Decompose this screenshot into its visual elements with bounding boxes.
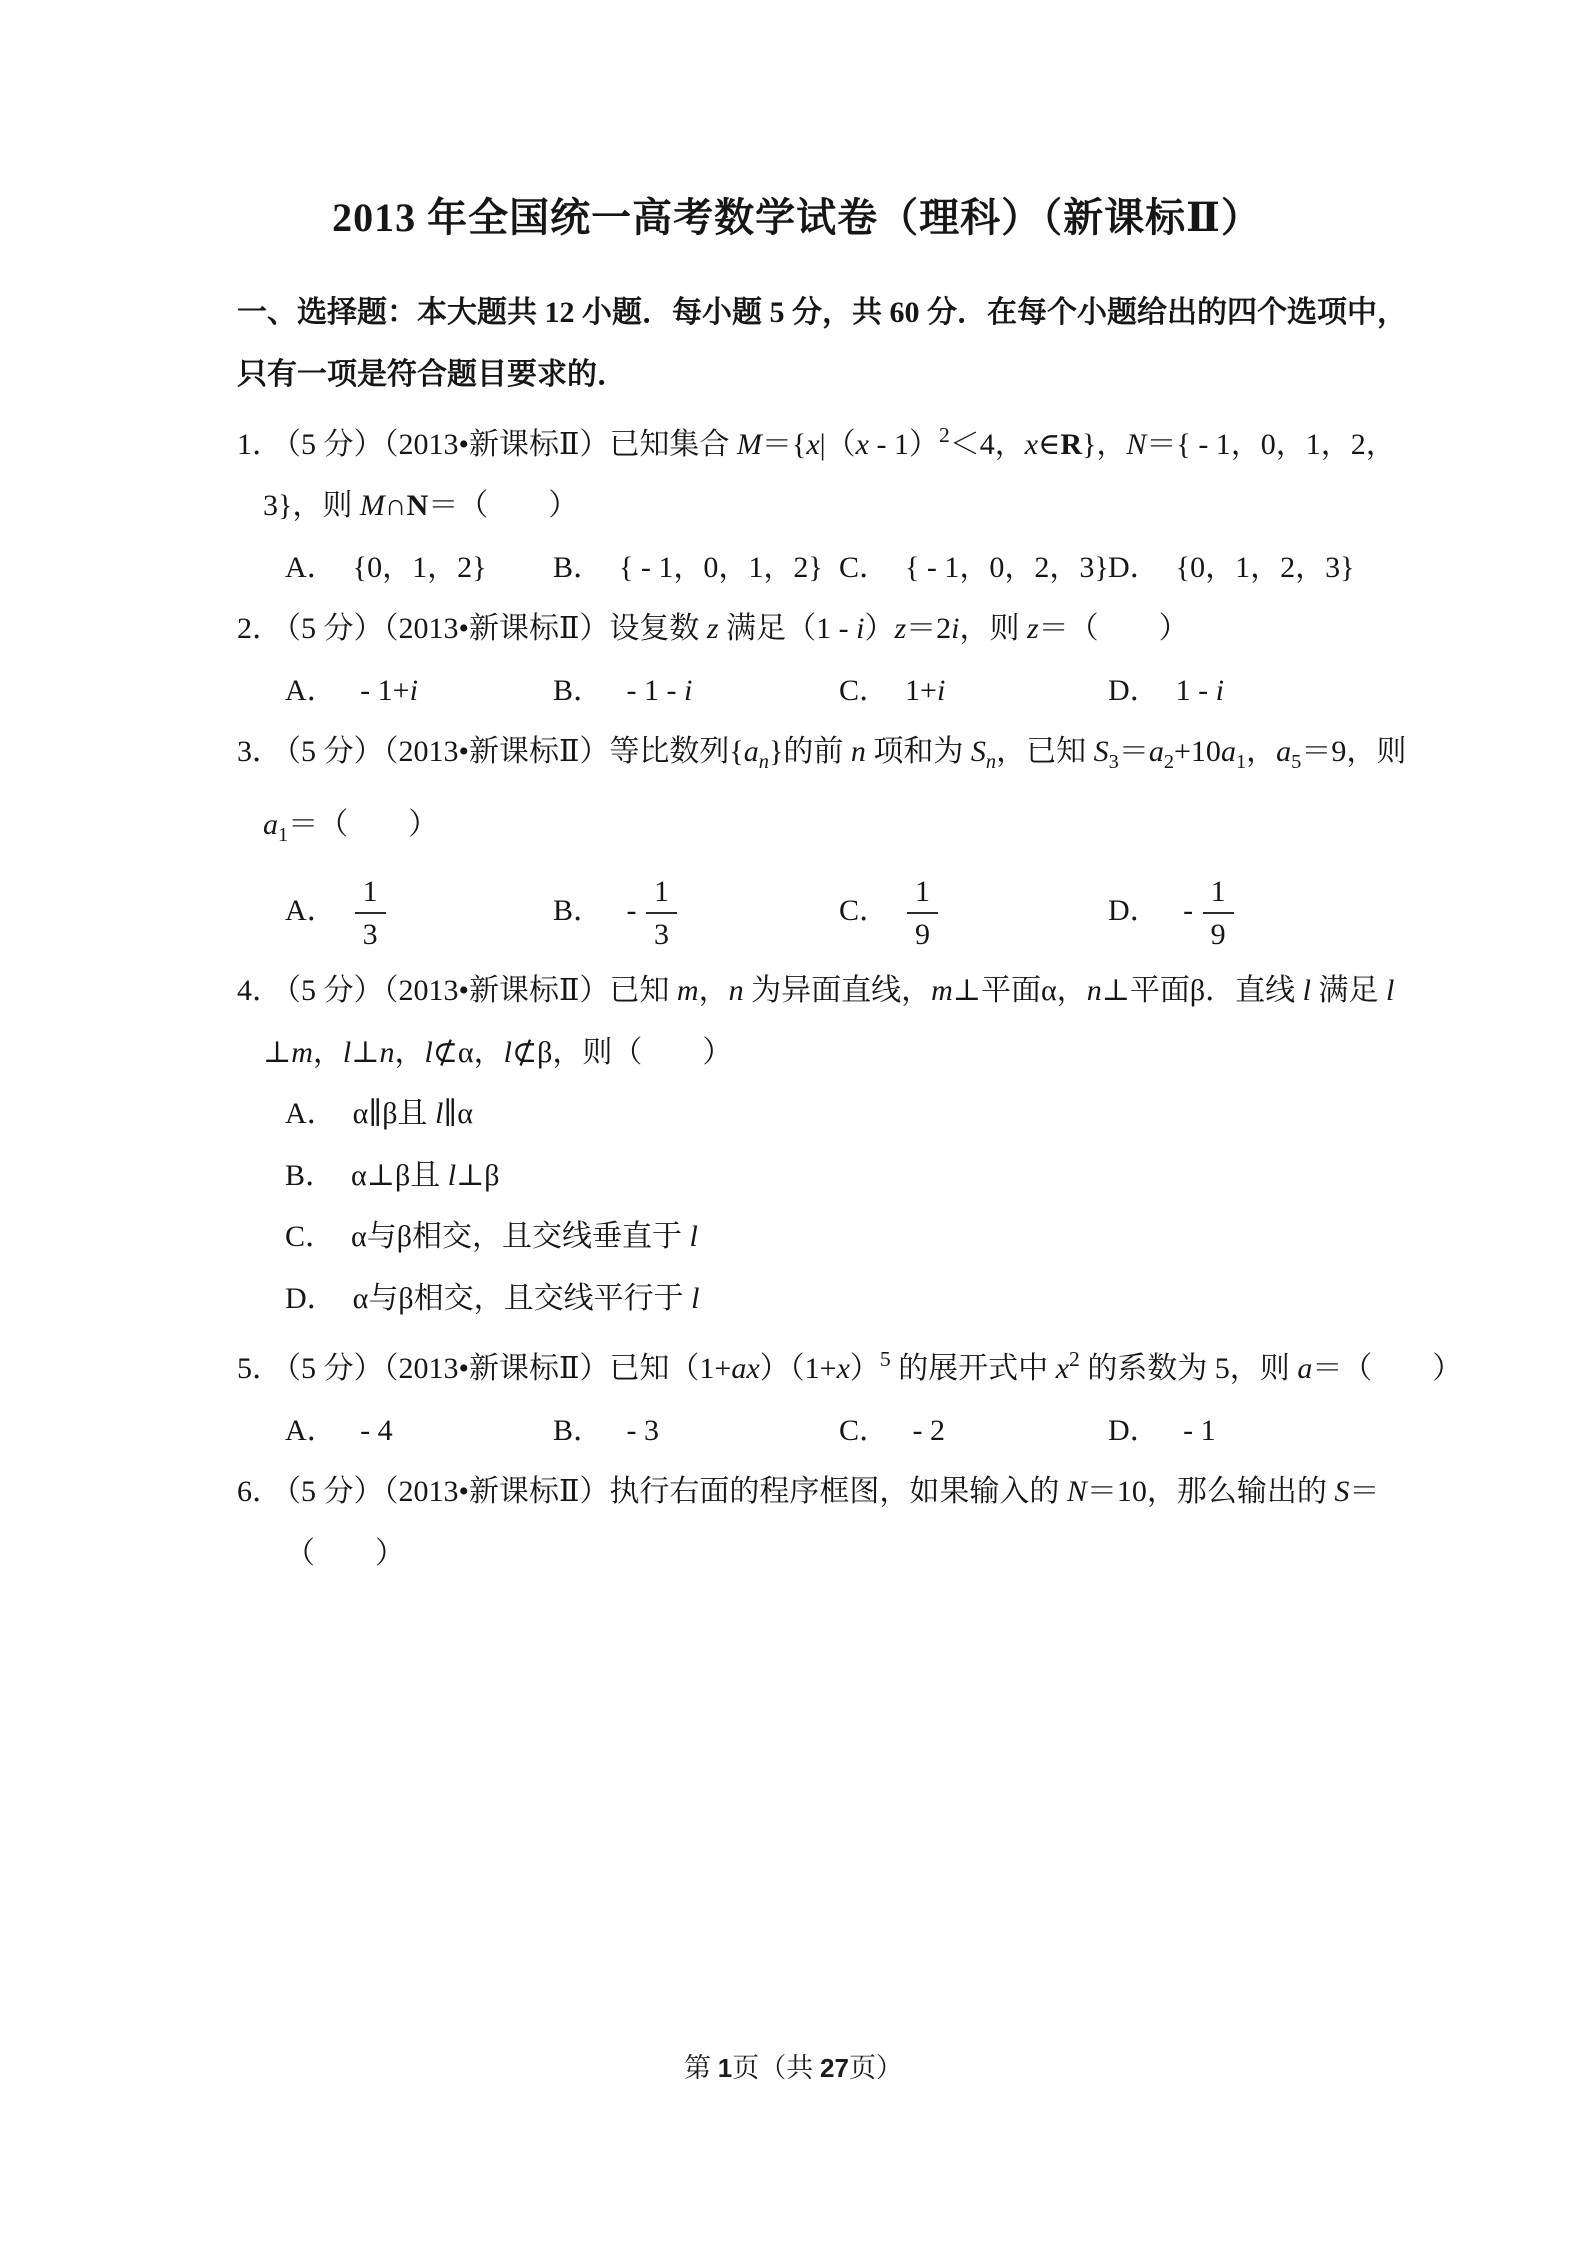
question-3-options: A．13 B． - 13 C．19 D． - 19 [237,866,1357,960]
option-text: - 1 - i [619,674,692,707]
option-d: D． - 19 [1108,876,1236,951]
option-text: α与β相交，且交线垂直于 l [351,1220,698,1253]
page-title: 2013 年全国统一高考数学试卷（理科）（新课标Ⅱ） [237,192,1357,244]
option-a: A． - 1+i [285,660,553,722]
option-text: α与β相交，且交线平行于 l [353,1282,700,1315]
option-text: - 1 [1176,1414,1216,1447]
question-4-line-1: 4．（5 分）（2013•新课标Ⅱ）已知 m，n 为异面直线，m⊥平面α，n⊥平… [237,960,1357,1022]
option-label: B． [553,674,603,707]
question-1: 1．（5 分）（2013•新课标Ⅱ）已知集合 M＝{x|（x - 1）2＜4，x… [237,405,1357,598]
option-label: A． [285,894,337,927]
option-label: A． [285,1414,337,1447]
option-text: 1 - i [1176,674,1224,707]
question-number: 4． [237,974,282,1007]
option-c: C． - 2 [839,1400,1108,1462]
option-label: A． [285,551,337,584]
option-label: A． [285,1097,337,1130]
option-b: B． - 1 - i [553,660,839,722]
option-label: C． [285,1220,335,1253]
question-6-line-1: 6．（5 分）（2013•新课标Ⅱ）执行右面的程序框图，如果输入的 N＝10，那… [237,1461,1357,1523]
question-number: 3． [237,735,282,768]
section-heading-line-1: 一、选择题：本大题共 12 小题．每小题 5 分，共 60 分．在每个小题给出的… [237,282,1357,344]
question-2-options: A． - 1+i B． - 1 - i C．1+i D．1 - i [237,660,1357,722]
option-label: B． [553,894,603,927]
option-text: 13 [353,894,388,927]
question-text: （5 分）（2013•新课标Ⅱ）设复数 z 满足（1 - i）z＝2i，则 z＝… [286,612,1189,645]
option-label: D． [285,1282,337,1315]
option-text: 19 [905,894,940,927]
question-4: 4．（5 分）（2013•新课标Ⅱ）已知 m，n 为异面直线，m⊥平面α，n⊥平… [237,960,1357,1329]
question-text: （5 分）（2013•新课标Ⅱ）等比数列{an}的前 n 项和为 Sn，已知 S… [286,735,1406,768]
question-text: （5 分）（2013•新课标Ⅱ）执行右面的程序框图，如果输入的 N＝10，那么输… [286,1475,1379,1508]
option-a: A．13 [285,876,553,951]
option-label: B． [285,1159,335,1192]
question-4-line-2: ⊥m，l⊥n，l⊄α，l⊄β，则（ ） [237,1022,1357,1084]
question-3-line-2: a1＝（ ） [237,794,1357,867]
option-c: C．19 [839,876,1108,951]
question-3-line-1: 3．（5 分）（2013•新课标Ⅱ）等比数列{an}的前 n 项和为 Sn，已知… [237,721,1357,794]
option-text: - 2 [905,1414,945,1447]
question-5-options: A． - 4 B． - 3 C． - 2 D． - 1 [237,1400,1357,1462]
option-label: C． [839,674,889,707]
option-b: B． - 3 [553,1400,839,1462]
question-number: 1． [237,428,282,461]
question-3: 3．（5 分）（2013•新课标Ⅱ）等比数列{an}的前 n 项和为 Sn，已知… [237,721,1357,960]
question-1-line-1: 1．（5 分）（2013•新课标Ⅱ）已知集合 M＝{x|（x - 1）2＜4，x… [237,405,1357,475]
question-6-line-2: （ ） [237,1523,1357,1585]
option-label: D． [1108,894,1160,927]
question-1-options: A．{0，1，2} B．{ - 1，0，1，2} C．{ - 1，0，2，3} … [237,537,1357,599]
option-text: { - 1，0，2，3} [905,551,1109,584]
question-text: （5 分）（2013•新课标Ⅱ）已知集合 M＝{x|（x - 1）2＜4，x∈R… [286,428,1396,461]
option-text: 1+i [905,674,945,707]
question-number: 6． [237,1475,282,1508]
option-b: B． - 13 [553,876,839,951]
option-b: B．α⊥β且 l⊥β [237,1145,1357,1207]
exam-paper-page: 2013 年全国统一高考数学试卷（理科）（新课标Ⅱ） 一、选择题：本大题共 12… [0,0,1587,2245]
option-text: - 13 [619,894,679,927]
question-text: （5 分）（2013•新课标Ⅱ）已知 m，n 为异面直线，m⊥平面α，n⊥平面β… [286,974,1394,1007]
question-2-line-1: 2．（5 分）（2013•新课标Ⅱ）设复数 z 满足（1 - i）z＝2i，则 … [237,598,1357,660]
question-text: （5 分）（2013•新课标Ⅱ）已知（1+ax）（1+x）5 的展开式中 x2 … [286,1352,1462,1385]
question-5: 5．（5 分）（2013•新课标Ⅱ）已知（1+ax）（1+x）5 的展开式中 x… [237,1329,1357,1461]
option-a: A． - 4 [285,1400,553,1462]
option-label: B． [553,551,603,584]
option-d: D．α与β相交，且交线平行于 l [237,1268,1357,1330]
question-number: 2． [237,612,282,645]
option-label: C． [839,894,889,927]
option-label: D． [1108,1414,1160,1447]
option-label: A． [285,674,337,707]
option-text: - 1+i [353,674,418,707]
option-label: D． [1108,674,1160,707]
option-d: D．{0，1，2，3} [1108,537,1354,599]
question-1-line-2: 3}，则 M∩N＝（ ） [237,475,1357,537]
option-d: D．1 - i [1108,660,1224,722]
option-text: - 19 [1176,894,1236,927]
section-heading-line-2: 只有一项是符合题目要求的． [237,344,1357,406]
option-c: C．α与β相交，且交线垂直于 l [237,1206,1357,1268]
option-label: B． [553,1414,603,1447]
question-2: 2．（5 分）（2013•新课标Ⅱ）设复数 z 满足（1 - i）z＝2i，则 … [237,598,1357,721]
option-c: C．1+i [839,660,1108,722]
question-number: 5． [237,1352,282,1385]
option-text: α⊥β且 l⊥β [351,1159,500,1192]
question-5-line-1: 5．（5 分）（2013•新课标Ⅱ）已知（1+ax）（1+x）5 的展开式中 x… [237,1329,1357,1399]
option-text: { - 1，0，1，2} [619,551,823,584]
option-text: {0，1，2} [353,551,487,584]
option-text: - 3 [619,1414,659,1447]
option-a: A．α∥β且 l∥α [237,1083,1357,1145]
option-b: B．{ - 1，0，1，2} [553,537,839,599]
option-text: - 4 [353,1414,393,1447]
option-d: D． - 1 [1108,1400,1216,1462]
question-6: 6．（5 分）（2013•新课标Ⅱ）执行右面的程序框图，如果输入的 N＝10，那… [237,1461,1357,1584]
page-footer: 第 1页（共 27页） [0,2042,1587,2094]
option-c: C．{ - 1，0，2，3} [839,537,1108,599]
option-label: D． [1108,551,1160,584]
option-label: C． [839,1414,889,1447]
page-content: 2013 年全国统一高考数学试卷（理科）（新课标Ⅱ） 一、选择题：本大题共 12… [237,192,1357,1584]
option-text: α∥β且 l∥α [353,1097,473,1130]
option-text: {0，1，2，3} [1176,551,1355,584]
option-label: C． [839,551,889,584]
option-a: A．{0，1，2} [285,537,553,599]
